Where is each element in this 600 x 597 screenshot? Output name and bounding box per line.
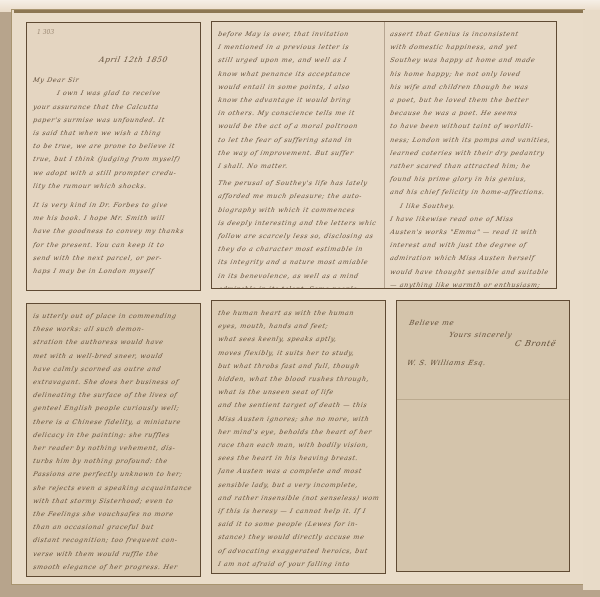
salutation: My Dear Sir: [32, 74, 196, 87]
text-line: The perusal of Southey's life has lately: [217, 177, 378, 190]
text-line: its integrity and a nature most amiable: [217, 256, 378, 269]
text-line: verse with them would ruffle the: [32, 548, 196, 561]
sheet-4-left-text: the human heart as with the human eyes, …: [218, 307, 379, 567]
text-line: with domestic happiness, and yet: [389, 41, 552, 54]
text-line: is deeply interesting and the letters wh…: [217, 217, 378, 230]
text-line: eyes, mouth, hands and feet;: [217, 320, 381, 333]
text-line: she rejects even a speaking acquaintance: [32, 482, 196, 495]
text-line: her reader by nothing vehement, dis-: [32, 442, 196, 455]
text-line: admirable in its talent. Some people: [217, 283, 378, 289]
letter-sheet-2: before May is over, that invitation I me…: [211, 21, 557, 289]
text-line: smooth elegance of her progress. Her: [32, 561, 196, 574]
text-line: I have likewise read one of Miss: [389, 213, 552, 226]
text-line: I shall. No matter.: [217, 160, 378, 173]
text-line: rather scared than attracted him; he: [389, 160, 552, 173]
text-line: distant recognition; too frequent con-: [32, 534, 196, 547]
text-line: than an occasional graceful but: [32, 521, 196, 534]
letter-sheet-4-left: the human heart as with the human eyes, …: [211, 300, 386, 574]
sheet-2-right-text: assert that Genius is inconsistent with …: [390, 28, 550, 282]
text-line: what sees keenly, speaks aptly,: [217, 333, 381, 346]
text-line: Jane Austen was a complete and most: [217, 465, 381, 478]
text-line: the way of improvement. But suffer: [217, 147, 378, 160]
text-line: would have thought sensible and suitable: [389, 266, 552, 279]
text-line: race than each man, with bodily vision,: [217, 439, 381, 452]
text-line: would be the act of a moral poltroon: [217, 120, 378, 133]
text-line: Miss Austen ignores; she no more, with: [217, 413, 381, 426]
text-line: any such vulgar error.: [217, 571, 381, 574]
text-line: the Feelings she vouchsafes no more: [32, 508, 196, 521]
text-line: stration the authoress would have: [32, 336, 196, 349]
text-line: still urged upon me, and well as I: [217, 54, 378, 67]
text-line: but what throbs fast and full, though: [217, 360, 381, 373]
text-line: her mind's eye, beholds the heart of her: [217, 426, 381, 439]
valediction-line: Yours sincerely: [448, 329, 514, 342]
text-line: delineating the surface of the lives of: [32, 389, 196, 402]
text-line: would entail in some points, I also: [217, 81, 378, 94]
letter-sheet-3: is utterly out of place in commending th…: [26, 303, 201, 577]
text-line: I own I was glad to receive: [32, 87, 196, 100]
text-line: genteel English people curiously well;: [32, 402, 196, 415]
text-line: turbs him by nothing profound: the: [32, 455, 196, 468]
text-line: afforded me much pleasure; the auto-: [217, 190, 378, 203]
sheet-1-text: April 12th 1850 My Dear Sir I own I was …: [33, 67, 194, 284]
closing-line: Believe me: [408, 317, 456, 330]
page-fold-divider: [384, 22, 385, 288]
text-line: assert that Genius is inconsistent: [389, 28, 552, 41]
catalog-mark: 1 303: [37, 29, 54, 36]
text-line: met with a well-bred sneer, would: [32, 350, 196, 363]
addressee-line: W. S. Williams Esq.: [406, 357, 488, 370]
text-line: know the advantage it would bring: [217, 94, 378, 107]
text-line: for the present. You can keep it to: [32, 239, 196, 252]
text-line: is utterly out of place in commending: [32, 310, 196, 323]
text-line: paper's surmise was unfounded. It: [32, 114, 196, 127]
text-line: if this is heresy — I cannot help it. If…: [217, 505, 381, 518]
signature: C Brontë: [514, 337, 558, 350]
text-line: these works: all such demon-: [32, 323, 196, 336]
letter-sheet-4-right: Believe me Yours sincerely C Brontë W. S…: [396, 300, 570, 572]
text-line: what is the unseen seat of life: [217, 386, 381, 399]
text-line: moves flexibly, it suits her to study,: [217, 347, 381, 360]
text-line: they do a character most estimable in: [217, 243, 378, 256]
text-line: know what penance its acceptance: [217, 68, 378, 81]
text-line: I like Southey.: [389, 200, 552, 213]
text-line: interest and with just the degree of: [389, 239, 552, 252]
text-line: in others. My conscience tells me it: [217, 107, 378, 120]
text-line: in its benevolence, as well as a mind: [217, 270, 378, 283]
text-line: to have been without taint of worldli-: [389, 120, 552, 133]
text-line: of advocating exaggerated heroics, but: [217, 545, 381, 558]
text-line: It is very kind in Dr. Forbes to give: [32, 199, 196, 212]
text-line: is said that when we wish a thing: [32, 127, 196, 140]
text-line: send with the next parcel, or per-: [32, 252, 196, 265]
text-line: his home happy; he not only loved: [389, 68, 552, 81]
mat-right-edge: [583, 10, 600, 590]
text-line: have the goodness to convey my thanks: [32, 225, 196, 238]
text-line: before May is over, that invitation: [217, 28, 378, 41]
text-line: and rather insensible (not senseless) wo…: [217, 492, 381, 505]
text-line: and his chief felicity in home-affection…: [389, 186, 552, 199]
text-line: me his book. I hope Mr. Smith will: [32, 212, 196, 225]
text-line: lity the rumour which shocks.: [32, 180, 196, 193]
text-line: have calmly scorned as outre and: [32, 363, 196, 376]
text-line: delicacy in the painting: she ruffles: [32, 429, 196, 442]
text-line: business is not half so much with: [32, 574, 196, 577]
text-line: haps I may be in London myself: [32, 265, 196, 278]
text-line: admiration which Miss Austen herself: [389, 252, 552, 265]
text-line: a poet, but he loved them the better: [389, 94, 552, 107]
text-line: Passions are perfectly unknown to her;: [32, 468, 196, 481]
text-line: and the sentient target of death — this: [217, 399, 381, 412]
text-line: extravagant. She does her business of: [32, 376, 196, 389]
text-line: sees the heart in his heaving breast.: [217, 452, 381, 465]
text-line: biography with which it commences: [217, 204, 378, 217]
text-line: the human heart as with the human: [217, 307, 381, 320]
text-line: because he was a poet. He seems: [389, 107, 552, 120]
text-line: follow are scarcely less so, disclosing …: [217, 230, 378, 243]
text-line: Southey was happy at home and made: [389, 54, 552, 67]
text-line: his wife and children though he was: [389, 81, 552, 94]
sheet-3-text: is utterly out of place in commending th…: [33, 310, 194, 570]
text-line: to let the fear of suffering stand in: [217, 134, 378, 147]
letter-sheet-1: 1 303 April 12th 1850 My Dear Sir I own …: [26, 22, 201, 291]
text-line: stance) they would directly accuse me: [217, 531, 381, 544]
paper-fold-line: [397, 399, 569, 400]
text-line: I mentioned in a previous letter is: [217, 41, 378, 54]
text-line: true, but I think (judging from myself): [32, 153, 196, 166]
text-line: hidden, what the blood rushes through,: [217, 373, 381, 386]
text-line: we adopt with a still prompter credu-: [32, 167, 196, 180]
text-line: — anything like warmth or enthusiasm;: [389, 279, 552, 289]
sheet-2-left-text: before May is over, that invitation I me…: [218, 28, 376, 282]
text-line: found his prime glory in his genius,: [389, 173, 552, 186]
text-line: with that stormy Sisterhood; even to: [32, 495, 196, 508]
text-line: ness; London with its pomps and vanities…: [389, 134, 552, 147]
text-line: I am not afraid of your falling into: [217, 558, 381, 571]
text-line: your assurance that the Calcutta: [32, 101, 196, 114]
text-line: Austen's works "Emma" — read it with: [389, 226, 552, 239]
text-line: said it to some people (Lewes for in-: [217, 518, 381, 531]
text-line: sensible lady, but a very incomplete,: [217, 479, 381, 492]
letter-date: April 12th 1850: [72, 53, 196, 66]
text-line: to be true, we are prone to believe it: [32, 140, 196, 153]
text-line: learned coteries with their dry pedantry: [389, 147, 552, 160]
frame-top-edge: [14, 10, 584, 13]
text-line: there is a Chinese fidelity, a miniature: [32, 416, 196, 429]
